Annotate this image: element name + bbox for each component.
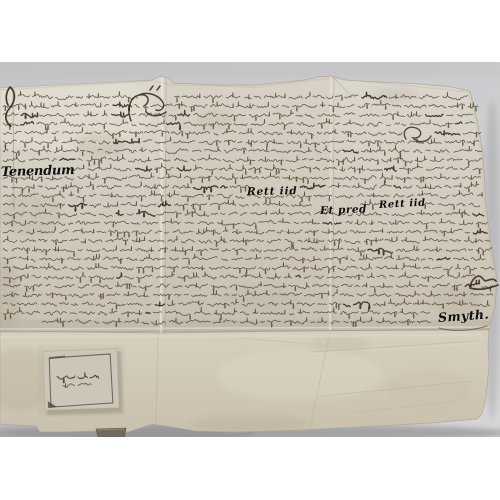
parchment-artwork <box>0 0 500 500</box>
photo-area <box>0 62 500 475</box>
seal-tag <box>96 428 126 440</box>
docket-label <box>43 349 123 416</box>
screenshot-root: Tenendum Rett iid Et pred Rett iid Smyth… <box>0 0 500 500</box>
